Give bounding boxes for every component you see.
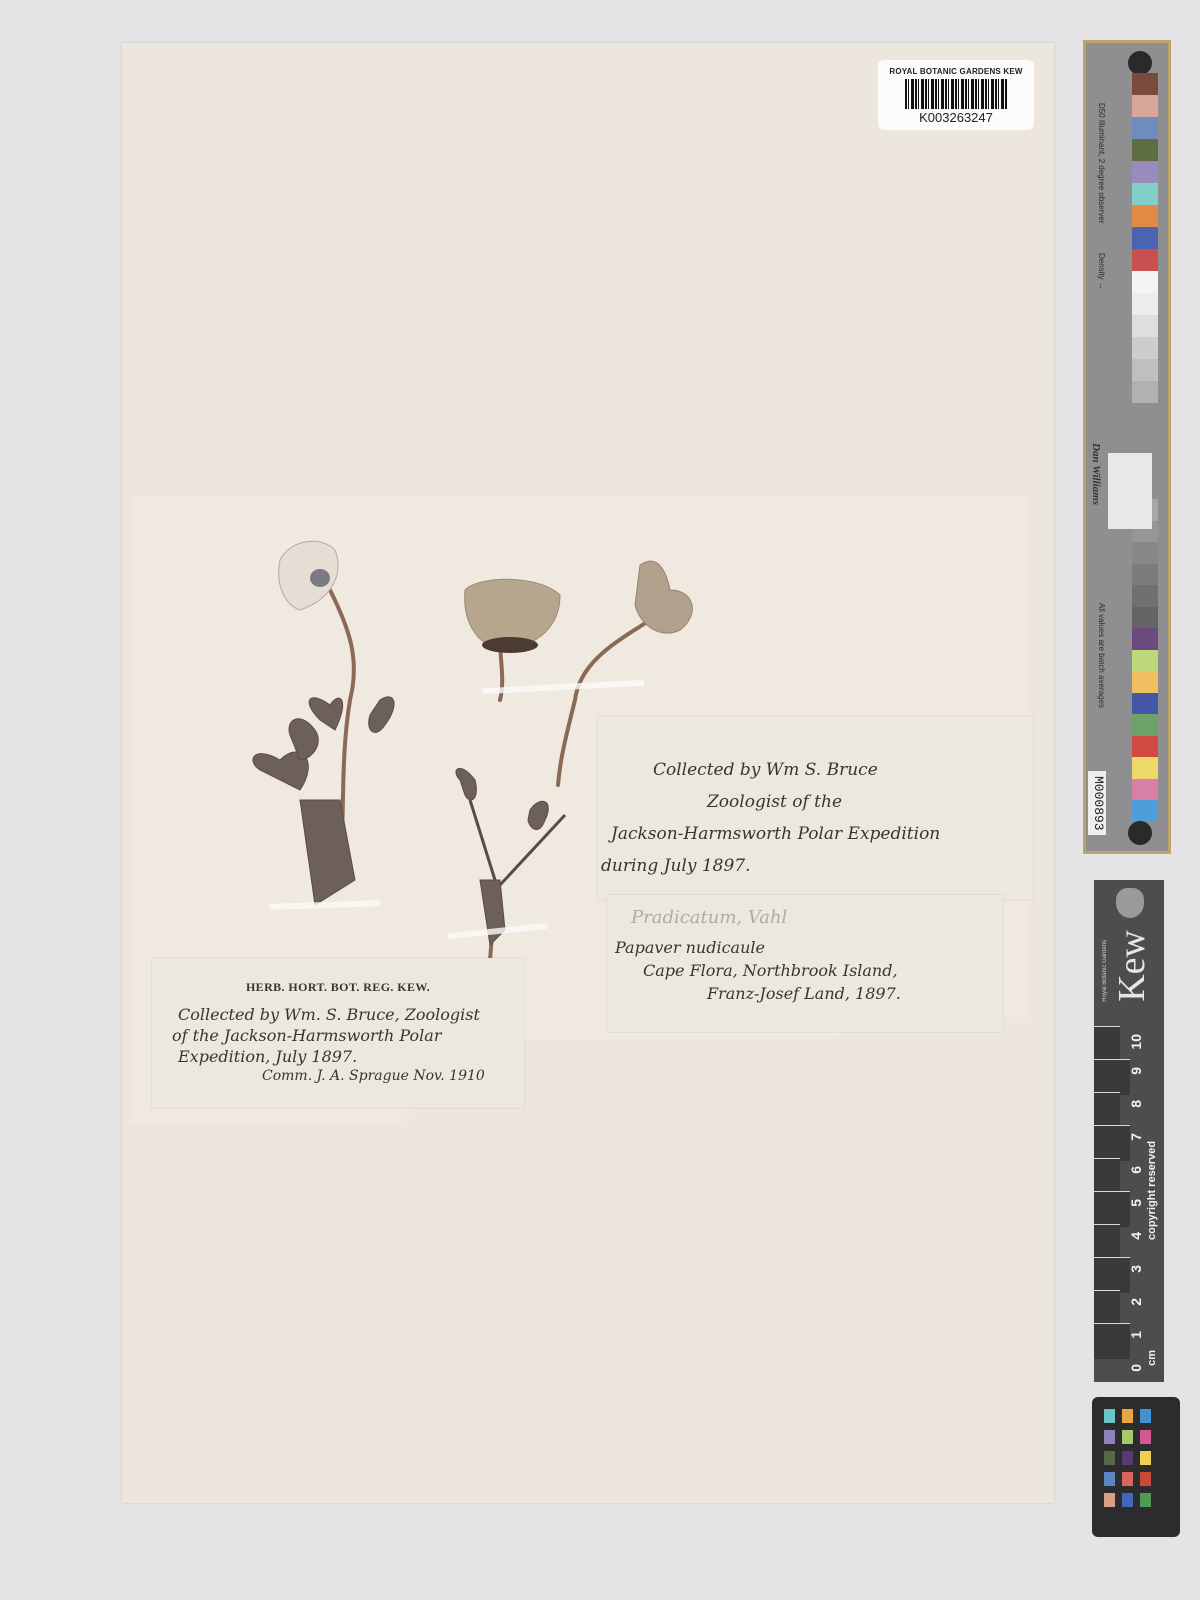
taxon-name: Papaver nudicaule [615, 938, 1003, 957]
color-swatch [1132, 736, 1158, 758]
ruler-tick-label: 7 [1128, 1133, 1144, 1141]
color-swatch [1132, 337, 1158, 359]
color-chip [1104, 1451, 1115, 1465]
herbarium-header: HERB. HORT. BOT. REG. KEW. [152, 980, 524, 995]
ruler-tick-label: 10 [1128, 1034, 1144, 1050]
ruler-segment [1094, 1125, 1130, 1161]
kew-ruler: Royal Botanic Gardens Kew copyright rese… [1094, 880, 1164, 1382]
color-chip [1122, 1451, 1133, 1465]
color-chip [1104, 1493, 1115, 1507]
scale-hole-icon [1128, 51, 1152, 75]
color-swatch [1132, 249, 1158, 271]
maker-name: Dan Williams [1090, 443, 1102, 505]
illuminant-text: D50 Illuminant, 2 degree observer [1092, 103, 1106, 224]
color-chip [1122, 1472, 1133, 1486]
color-swatch [1132, 293, 1158, 315]
density-label: Density → [1092, 253, 1106, 290]
ruler-segment [1094, 1026, 1120, 1062]
ruler-segment [1094, 1092, 1120, 1128]
color-swatch [1132, 205, 1158, 227]
ruler-segment [1094, 1290, 1120, 1326]
ruler-tick-label: 5 [1128, 1199, 1144, 1207]
color-chip [1122, 1493, 1133, 1507]
color-swatch [1132, 315, 1158, 337]
ruler-segment [1094, 1191, 1130, 1227]
color-swatch [1132, 800, 1158, 822]
color-swatch [1132, 73, 1158, 95]
ruler-tick-label: 9 [1128, 1067, 1144, 1075]
locality-line: Franz-Josef Land, 1897. [707, 984, 1003, 1003]
color-chip [1140, 1430, 1151, 1444]
color-swatch [1132, 542, 1158, 564]
color-chip [1104, 1430, 1115, 1444]
batch-note: All values are batch averages [1092, 603, 1106, 708]
color-chip [1140, 1451, 1151, 1465]
ruler-tick-label: 3 [1128, 1265, 1144, 1273]
color-swatch [1132, 650, 1158, 672]
label-line: Collected by Wm S. Bruce [653, 760, 1033, 780]
color-swatch [1132, 139, 1158, 161]
ruler-tick-label: 4 [1128, 1232, 1144, 1240]
color-swatch [1132, 227, 1158, 249]
kew-logo: Kew [1110, 930, 1154, 1002]
color-swatch [1132, 757, 1158, 779]
color-swatch [1132, 671, 1158, 693]
color-swatch [1132, 95, 1158, 117]
locality-line: Cape Flora, Northbrook Island, [643, 961, 1003, 980]
color-swatch [1132, 161, 1158, 183]
color-swatch [1132, 564, 1158, 586]
color-swatch [1132, 271, 1158, 293]
color-chip [1104, 1409, 1115, 1423]
color-swatch [1132, 714, 1158, 736]
ruler-tick-label: 2 [1128, 1298, 1144, 1306]
herbarium-label: HERB. HORT. BOT. REG. KEW. Collected by … [152, 958, 524, 1108]
color-chip [1122, 1430, 1133, 1444]
color-swatch [1132, 117, 1158, 139]
ruler-segment [1094, 1257, 1130, 1293]
color-chip [1140, 1493, 1151, 1507]
ruler-segment [1094, 1059, 1130, 1095]
cm-ruler: 109876543210 [1094, 1026, 1144, 1382]
kew-subbrand: Royal Botanic Gardens [1102, 940, 1108, 1002]
ruler-segment [1094, 1158, 1120, 1194]
color-swatch [1132, 693, 1158, 715]
color-chip [1140, 1472, 1151, 1486]
color-swatch [1132, 607, 1158, 629]
color-swatch [1132, 381, 1158, 403]
unit-label: cm [1146, 1350, 1158, 1366]
label-line: Zoologist of the [707, 792, 1033, 812]
color-chip [1122, 1409, 1133, 1423]
ruler-tick-label: 6 [1128, 1166, 1144, 1174]
label-line: Collected by Wm. S. Bruce, Zoologist [178, 1005, 524, 1024]
ruler-segment [1094, 1224, 1120, 1260]
ruler-tick-label: 1 [1128, 1331, 1144, 1339]
determination-annotation: Pradicatum, Vahl [631, 907, 1003, 928]
color-chip [1104, 1472, 1115, 1486]
ruler-segment [1094, 1323, 1130, 1359]
color-checker-card [1092, 1397, 1180, 1537]
label-line: Expedition, July 1897. [178, 1047, 524, 1066]
scale-id-number: M000893 [1088, 771, 1106, 835]
ruler-tick-label: 0 [1128, 1364, 1144, 1372]
color-swatch [1132, 628, 1158, 650]
color-swatch [1132, 183, 1158, 205]
label-line: Comm. J. A. Sprague Nov. 1910 [262, 1068, 524, 1084]
scale-hole-icon [1128, 821, 1152, 845]
color-swatch [1132, 585, 1158, 607]
copyright-text: copyright reserved [1146, 1050, 1158, 1240]
collector-label: Collected by Wm S. Bruce Zoologist of th… [597, 716, 1033, 900]
scale-inset-chart [1108, 453, 1152, 529]
ruler-tick-label: 8 [1128, 1100, 1144, 1108]
color-chip [1140, 1409, 1151, 1423]
kew-crest-icon [1116, 888, 1144, 918]
determination-label: Pradicatum, Vahl Papaver nudicaule Cape … [607, 895, 1003, 1032]
label-line: Jackson-Harmsworth Polar Expedition [611, 824, 1033, 844]
color-calibration-scale: D50 Illuminant, 2 degree observer Densit… [1083, 40, 1171, 854]
label-line: of the Jackson-Harmsworth Polar [172, 1026, 524, 1045]
color-swatch [1132, 359, 1158, 381]
label-line: during July 1897. [601, 856, 1033, 876]
color-swatch [1132, 779, 1158, 801]
